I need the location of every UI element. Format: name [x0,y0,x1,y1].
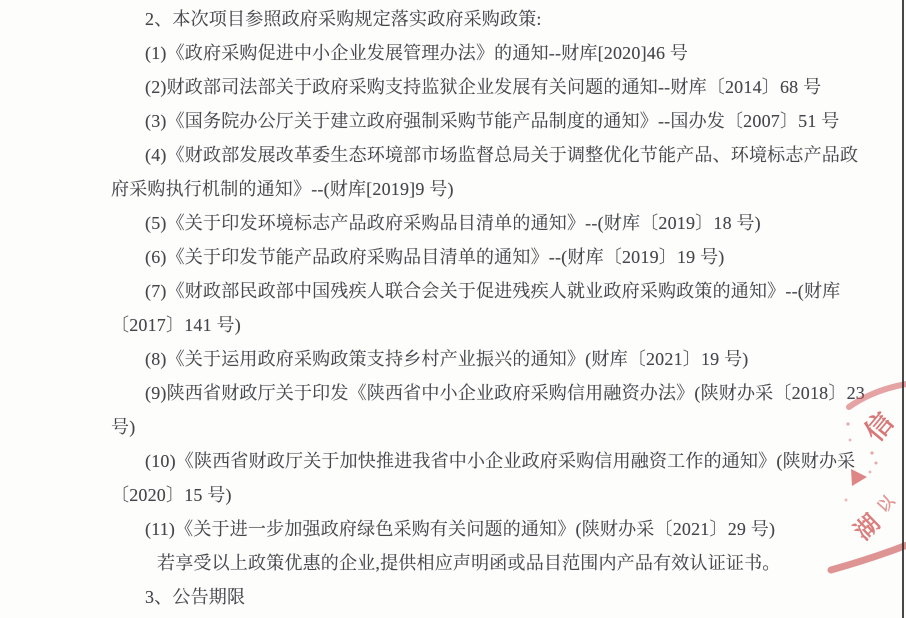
text-line: (11)《关于进一步加强政府绿色采购有关问题的通知》(陕财办采〔2021〕29 … [111,512,886,546]
text-line: (3)《国务院办公厅关于建立政府强制采购节能产品制度的通知》--国办发〔2007… [111,104,886,138]
text-line: (10)《陕西省财政厅关于加快推进我省中小企业政府采购信用融资工作的通知》(陕财… [111,444,886,478]
text-line: (8)《关于运用政府采购政策支持乡村产业振兴的通知》(财库〔2021〕19 号) [111,342,886,376]
text-line: (9)陕西省财政厅关于印发《陕西省中小企业政府采购信用融资办法》(陕财办采〔20… [111,376,886,410]
text-line: 〔2017〕141 号) [111,308,886,342]
text-line: 2、本次项目参照政府采购规定落实政府采购政策: [111,2,886,36]
text-line: (1)《政府采购促进中小企业发展管理办法》的通知--财库[2020]46 号 [111,36,886,70]
text-line: 府采购执行机制的通知》--(财库[2019]9 号) [111,172,886,206]
scanned-document-page: 2、本次项目参照政府采购规定落实政府采购政策:(1)《政府采购促进中小企业发展管… [0,0,906,618]
text-line: 若享受以上政策优惠的企业,提供相应声明函或品目范围内产品有效认证证书。 [111,546,886,580]
text-line: 3、公告期限 [111,580,886,614]
document-text-block: 2、本次项目参照政府采购规定落实政府采购政策:(1)《政府采购促进中小企业发展管… [111,2,886,614]
text-line: 〔2020〕15 号) [111,478,886,512]
text-line: (6)《关于印发节能产品政府采购品目清单的通知》--(财库〔2019〕19 号) [111,240,886,274]
text-line: (2)财政部司法部关于政府采购支持监狱企业发展有关问题的通知--财库〔2014〕… [111,70,886,104]
text-line: (4)《财政部发展改革委生态环境部市场监督总局关于调整优化节能产品、环境标志产品… [111,138,886,172]
text-line: (7)《财政部民政部中国残疾人联合会关于促进残疾人就业政府采购政策的通知》--(… [111,274,886,308]
scan-edge-line [902,0,904,618]
text-line: (5)《关于印发环境标志产品政府采购品目清单的通知》--(财库〔2019〕18 … [111,206,886,240]
text-line: 号) [111,410,886,444]
